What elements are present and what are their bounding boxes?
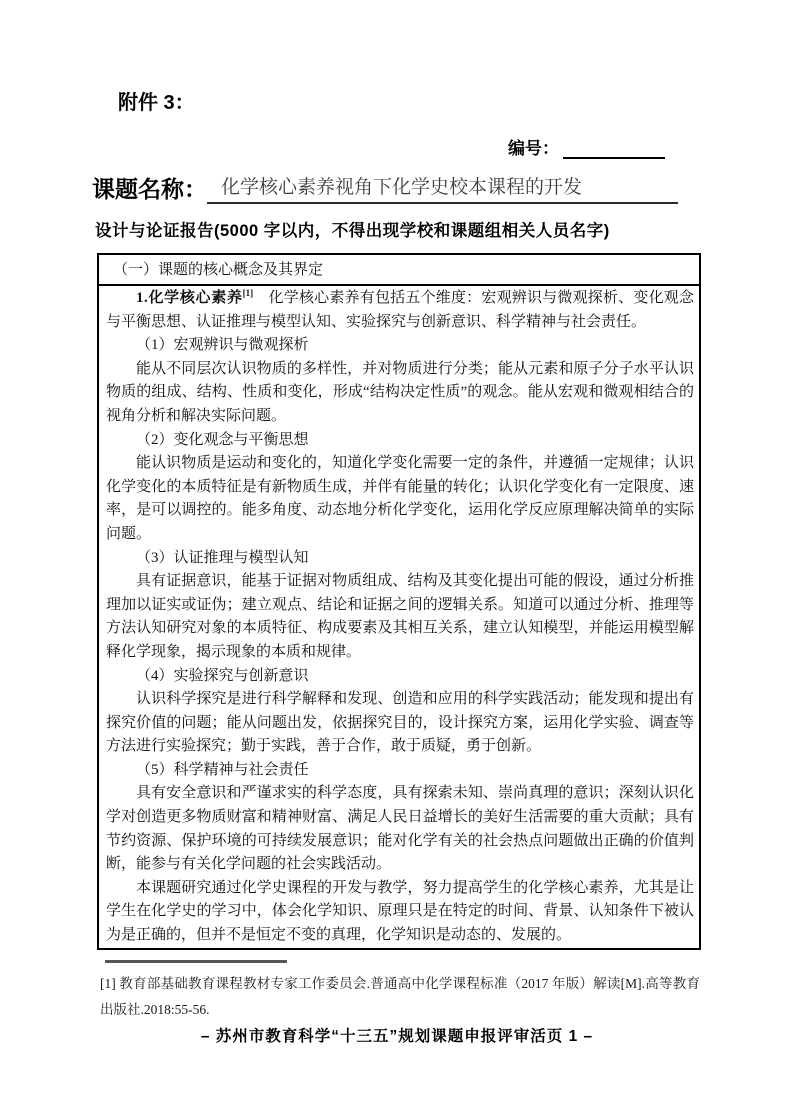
footnote-text: [1] 教育部基础教育课程教材专家工作委员会.普通高中化学课程标准（2017 年…: [100, 971, 700, 1023]
attachment-label: 附件 3：: [118, 86, 195, 115]
document-page: 附件 3： 编号： 课题名称：化学核心素养视角下化学史校本课程的开发 设计与论证…: [0, 0, 794, 1108]
section-header: （一）课题的核心概念及其界定: [99, 255, 699, 286]
number-blank-field: [563, 140, 665, 159]
paragraph: 1.化学核心素养[1] 化学核心素养有包括五个维度：宏观辨识与微观探析、变化观念…: [106, 287, 694, 334]
number-label: 编号：: [508, 139, 559, 158]
number-row: 编号：: [508, 134, 665, 159]
paragraph: （3）认证推理与模型认知: [106, 547, 694, 571]
footnote-divider: [105, 960, 287, 963]
paragraph: 具有安全意识和严谨求实的科学态度，具有探索未知、崇尚真理的意识；深刻认识化学对创…: [106, 782, 694, 876]
paragraph: （4）实验探究与创新意识: [106, 665, 694, 689]
title-row: 课题名称：化学核心素养视角下化学史校本课程的开发: [92, 170, 702, 204]
concept-section-box: （一）课题的核心概念及其界定 1.化学核心素养[1] 化学核心素养有包括五个维度…: [97, 253, 701, 950]
paragraph: 能从不同层次认识物质的多样性，并对物质进行分类；能从元素和原子分子水平认识物质的…: [106, 358, 694, 429]
section-body: 1.化学核心素养[1] 化学核心素养有包括五个维度：宏观辨识与微观探析、变化观念…: [99, 286, 699, 946]
paragraph: 具有证据意识，能基于证据对物质组成、结构及其变化提出可能的假设，通过分析推理加以…: [106, 570, 694, 664]
paragraph: （1）宏观辨识与微观探析: [106, 334, 694, 358]
footnote-ref: [1]: [243, 288, 254, 298]
title-value: 化学核心素养视角下化学史校本课程的开发: [207, 170, 678, 204]
paragraph: 本课题研究通过化学史课程的开发与教学，努力提高学生的化学核心素养，尤其是让学生在…: [106, 877, 694, 946]
paragraph: （5）科学精神与社会责任: [106, 759, 694, 783]
lead-term: 1.化学核心素养: [136, 290, 243, 306]
title-label: 课题名称：: [92, 171, 207, 204]
page-footer: – 苏州市教育科学“十三五”规划课题申报评审活页 1 –: [0, 1024, 794, 1046]
paragraph: 认识科学探究是进行科学解释和发现、创造和应用的科学实践活动；能发现和提出有探究价…: [106, 688, 694, 759]
paragraph: （2）变化观念与平衡思想: [106, 429, 694, 453]
paragraph: 能认识物质是运动和变化的，知道化学变化需要一定的条件，并遵循一定规律；认识化学变…: [106, 452, 694, 546]
report-heading: 设计与论证报告(5000 字以内，不得出现学校和课题组相关人员名字): [95, 217, 610, 241]
